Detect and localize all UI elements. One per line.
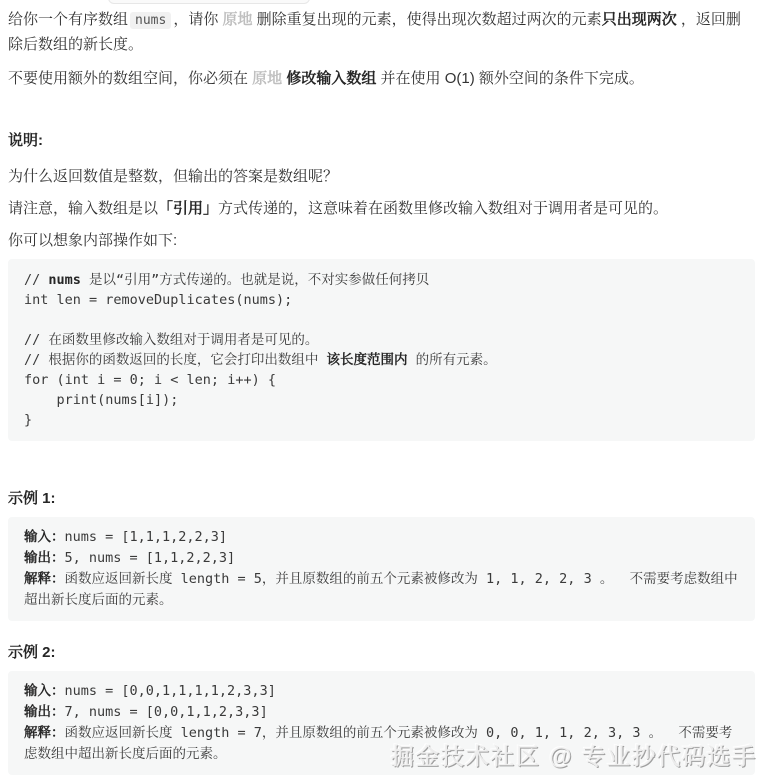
code-line: print(nums[i]); [24,392,178,408]
notes-text: 方式传递的，这意味着在函数里修改输入数组对于调用者是可见的。 [218,200,668,217]
only-twice-emphasis: 只出现两次 [602,11,677,28]
output-label: 输出： [24,704,65,720]
code-comment: 的所有元素。 [408,352,497,368]
modify-input-emphasis: 修改输入数组 [286,70,376,87]
explanation-value: 函数应返回新长度 length = 7，并且原数组的前五个元素被修改为 0, 0… [24,725,732,762]
problem-statement-1: 给你一个有序数组nums，请你 原地 删除重复出现的元素，使得出现次数超过两次的… [8,8,755,57]
code-nums-bold: nums [48,272,81,288]
notes-heading: 说明: [8,129,755,153]
code-line: } [24,412,32,428]
in-place-term: 原地 [223,11,253,28]
example1-heading: 示例 1: [8,487,755,511]
statement2-text: 不要使用额外的数组空间，你必须在 [8,70,252,87]
example2-heading: 示例 2: [8,641,755,665]
internal-operation-code-block: // nums 是以“引用”方式传递的。也就是说，不对实参做任何拷贝 int l… [8,259,755,441]
statement1-text: 给你一个有序数组 [8,11,128,28]
output-value: 5, nums = [1,1,2,2,3] [65,550,236,566]
input-value: nums = [1,1,1,2,2,3] [65,529,228,545]
notes-reference-paragraph: 请注意，输入数组是以「引用」方式传递的，这意味着在函数里修改输入数组对于调用者是… [8,197,755,221]
problem-statement-2: 不要使用额外的数组空间，你必须在 原地 修改输入数组 并在使用 O(1) 额外空… [8,67,755,91]
nums-inline-code: nums [130,12,171,29]
problem-article: 给你一个有序数组nums，请你 原地 删除重复出现的元素，使得出现次数超过两次的… [0,0,763,781]
in-place-term: 原地 [252,70,282,87]
cutoff-tag-top [108,0,310,4]
explanation-label: 解释： [24,725,65,741]
notes-imagine-paragraph: 你可以想象内部操作如下: [8,229,755,253]
code-range-bold: 该长度范围内 [327,352,408,368]
code-line: int len = removeDuplicates(nums); [24,292,292,308]
output-label: 输出： [24,550,65,566]
statement2-text: 并在使用 O(1) 额外空间的条件下完成。 [376,70,644,87]
example1-block: 输入：nums = [1,1,1,2,2,3] 输出：5, nums = [1,… [8,517,755,621]
code-comment: // 在函数里修改输入数组对于调用者是可见的。 [24,332,318,348]
example2-block: 输入：nums = [0,0,1,1,1,1,2,3,3] 输出：7, nums… [8,671,755,775]
code-line: for (int i = 0; i < len; i++) { [24,372,276,388]
code-comment: // 根据你的函数返回的长度，它会打印出数组中 [24,352,327,368]
input-value: nums = [0,0,1,1,1,1,2,3,3] [65,683,276,699]
output-value: 7, nums = [0,0,1,1,2,3,3] [65,704,268,720]
notes-text: 请注意，输入数组是以 [8,200,158,217]
reference-emphasis: 「引用」 [158,200,218,217]
explanation-label: 解释： [24,571,65,587]
code-comment: 是以“引用”方式传递的。也就是说，不对实参做任何拷贝 [81,272,429,288]
statement1-text: 删除重复出现的元素，使得出现次数超过两次的元素 [253,11,602,28]
input-label: 输入： [24,683,65,699]
statement1-text: ，请你 [173,11,222,28]
code-comment: // [24,272,48,288]
explanation-value: 函数应返回新长度 length = 5，并且原数组的前五个元素被修改为 1, 1… [24,571,738,608]
notes-question: 为什么返回数值是整数，但输出的答案是数组呢？ [8,165,755,189]
input-label: 输入： [24,529,65,545]
